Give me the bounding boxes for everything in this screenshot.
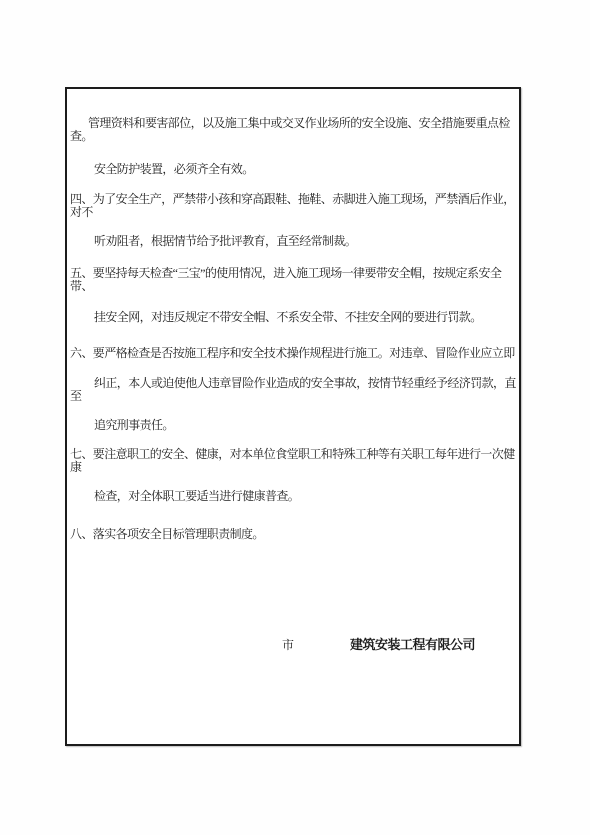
text-line: 挂安全网，对违反规定不带安全帽、不系安全带、不挂安全网的要进行罚款。 xyxy=(94,310,482,324)
text-line: 查。 xyxy=(70,129,93,143)
scanned-document: 管理资料和要害部位，以及施工集中或交叉作业场所的安全设施、安全措施要重点检 查。… xyxy=(0,0,590,835)
text-line: 带、 xyxy=(70,279,93,293)
text-line: 管理资料和要害部位，以及施工集中或交叉作业场所的安全设施、安全措施要重点检 xyxy=(88,116,510,130)
text-line: 安全防护装置，必须齐全有效。 xyxy=(94,162,254,176)
text-line: 七、要注意职工的安全、健康，对本单位食堂职工和特殊工种等有关职工每年进行一次健 xyxy=(70,447,515,461)
text-line: 对不 xyxy=(70,205,93,219)
text-line: 八、落实各项安全目标管理职责制度。 xyxy=(70,527,264,541)
text-line: 听劝阻者，根据情节给予批评教育，直至经常制裁。 xyxy=(94,234,356,248)
text-line: 检查，对全体职工要适当进行健康普查。 xyxy=(94,489,299,503)
text-line: 五、要坚持每天检查“三宝”的使用情况，进入施工现场一律要带安全帽，按规定系安全 xyxy=(70,266,501,280)
text-line: 四、为了安全生产，严禁带小孩和穿高跟鞋、拖鞋、赤脚进入施工现场，严禁酒后作业， xyxy=(70,192,515,206)
text-line: 纠正，本人或迫使他人违章冒险作业造成的安全事故，按情节轻重经予经济罚款，直 xyxy=(94,376,516,390)
signature-city-label: 市 xyxy=(282,636,294,653)
text-line: 六、要严格检查是否按施工程序和安全技术操作规程进行施工。对违章、冒险作业应立即 xyxy=(70,346,515,360)
signature-company-name: 建筑安装工程有限公司 xyxy=(350,634,475,653)
text-line: 至 xyxy=(70,389,81,403)
text-line: 追究刑事责任。 xyxy=(94,418,174,432)
text-line: 康 xyxy=(70,460,81,474)
